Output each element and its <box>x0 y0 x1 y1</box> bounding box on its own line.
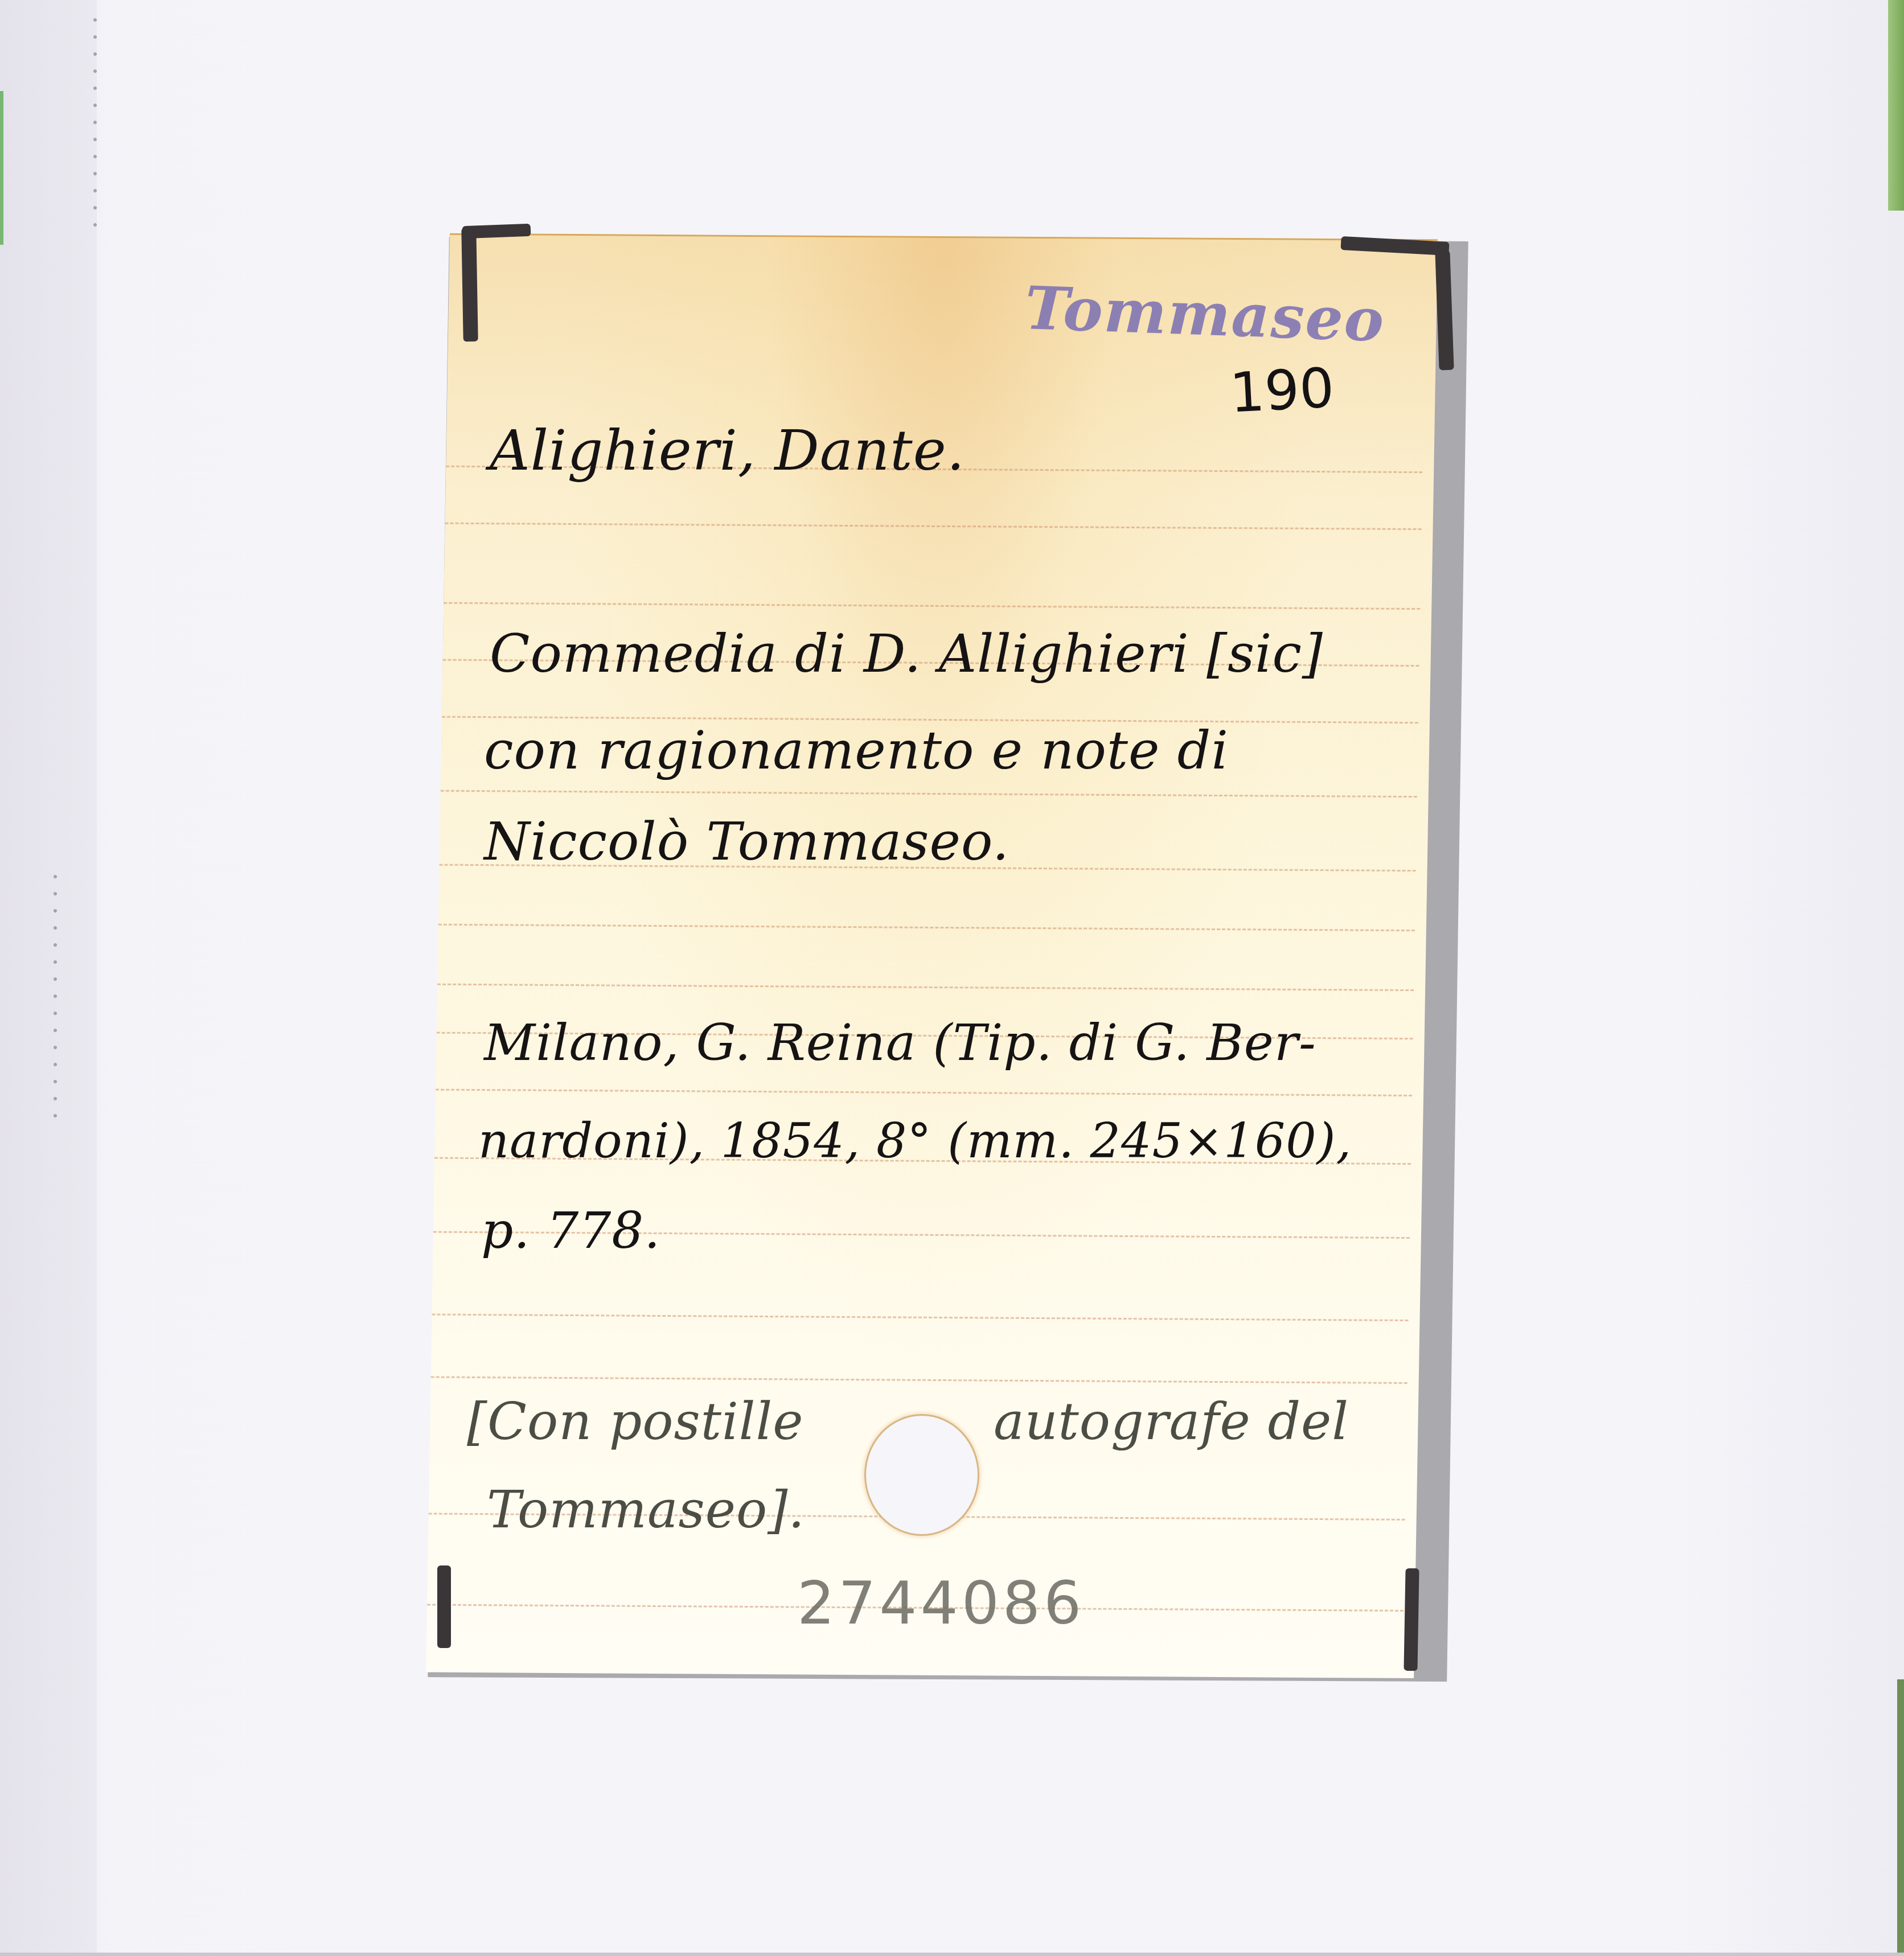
ruled-line <box>436 1089 1412 1096</box>
ruled-line <box>437 984 1414 991</box>
photo-corner-clip <box>437 1565 451 1648</box>
title-line-1: Commedia di D. Allighieri [sic] <box>490 623 1323 684</box>
accession-number: 2744086 <box>797 1568 1085 1638</box>
punch-hole <box>864 1414 979 1536</box>
note-line-1b: autografe del <box>994 1392 1349 1452</box>
imprint-line-3: p. 778. <box>481 1201 660 1260</box>
ruled-line <box>444 602 1420 610</box>
perforation-edge <box>51 868 59 1119</box>
title-line-3: Niccolò Tommaseo. <box>484 811 1010 872</box>
author-heading: Alighieri, Dante. <box>490 418 965 483</box>
title-line-2: con ragionamento e note di <box>484 720 1229 781</box>
green-edge-strip-bottom <box>1897 1679 1904 1956</box>
photo-corner-clip <box>1404 1568 1419 1671</box>
green-edge-left <box>0 91 3 245</box>
ruled-line <box>441 790 1417 798</box>
shelf-number: 190 <box>1228 356 1336 425</box>
perforation-edge <box>91 11 99 239</box>
ruled-line <box>438 924 1415 931</box>
photo-corner-clip <box>461 228 478 342</box>
imprint-line-1: Milano, G. Reina (Tip. di G. Ber- <box>484 1013 1316 1072</box>
imprint-line-2: nardoni), 1854, 8° (mm. 245×160), <box>478 1113 1352 1169</box>
collection-stamp: Tommaseo <box>1024 273 1386 355</box>
scan-bottom-edge <box>0 1953 1904 1956</box>
note-line-2: Tommaseo]. <box>487 1480 805 1540</box>
note-line-1a: [Con postille <box>467 1392 804 1452</box>
ruled-line <box>445 523 1422 530</box>
green-edge-strip <box>1888 0 1904 211</box>
ruled-line <box>432 1314 1408 1321</box>
ruled-line <box>431 1376 1408 1384</box>
backing-sheet-shade <box>0 0 97 1956</box>
